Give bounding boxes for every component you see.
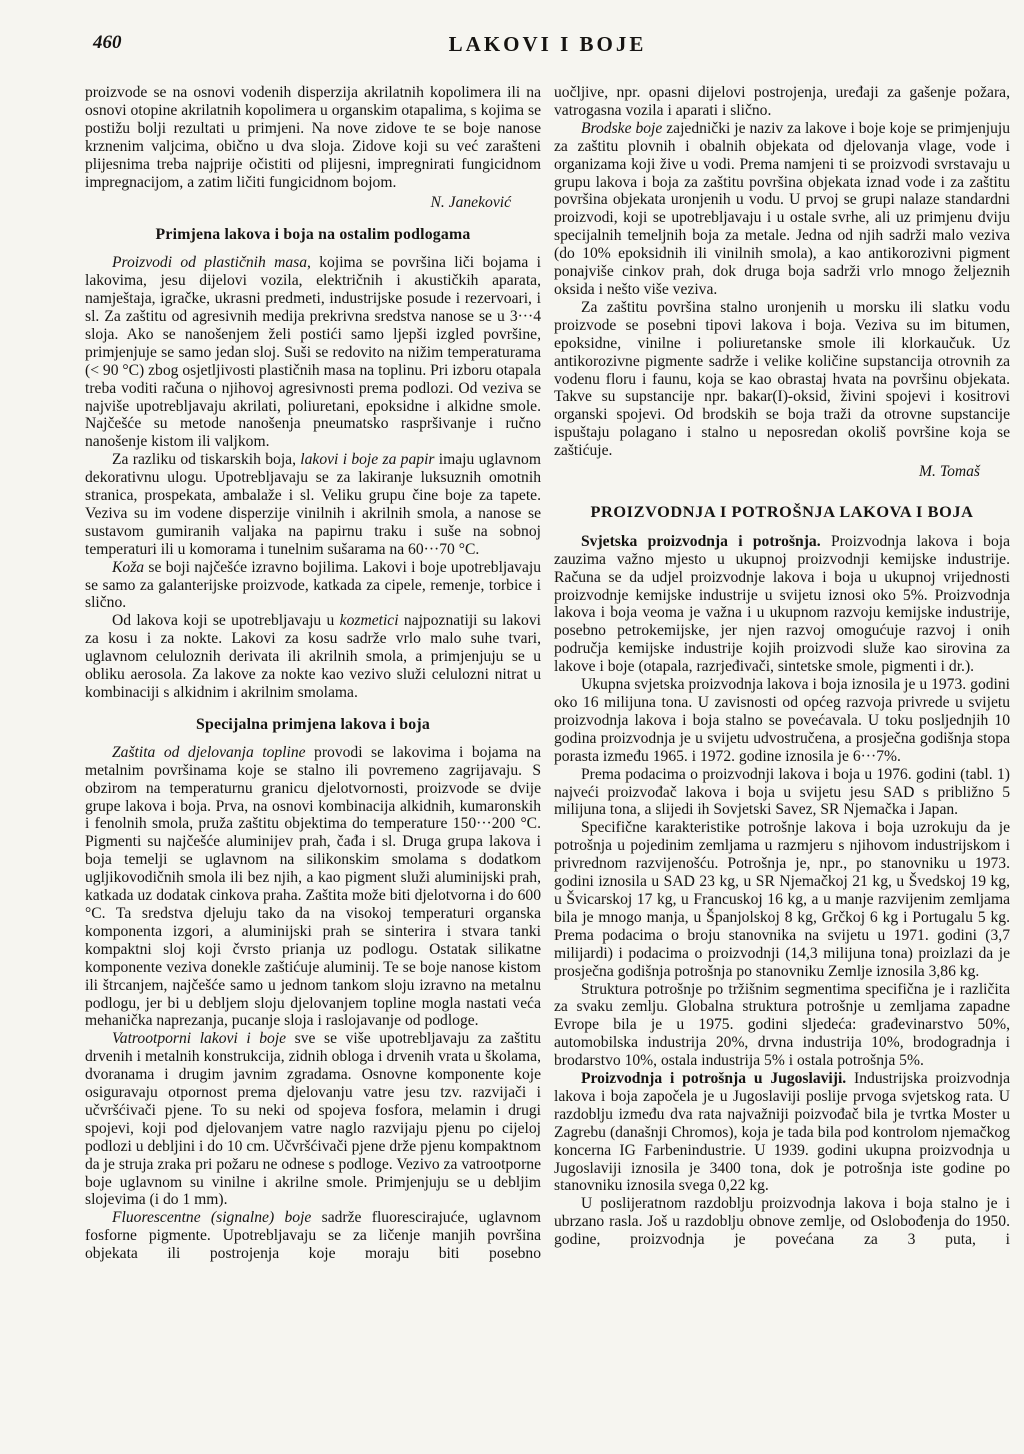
paragraph: Za razliku od tiskarskih boja, lakovi i … (85, 451, 541, 558)
paragraph: Koža se boji najčešće izravno bojilima. … (85, 559, 541, 613)
text-segment: uočljive, npr. opasni dijelovi postrojen… (554, 84, 1010, 119)
section-heading: Primjena lakova i boja na ostalim podlog… (85, 226, 541, 244)
text-segment: Primjena lakova i boja na ostalim podlog… (156, 226, 471, 243)
page-header: 460 LAKOVI I BOJE (85, 32, 1010, 62)
paragraph: Proizvodi od plastičnih masa, kojima se … (85, 254, 541, 451)
two-column-body: proizvode se na osnovi vodenih disperzij… (85, 84, 1010, 1263)
paragraph: proizvode se na osnovi vodenih disperzij… (85, 84, 541, 191)
text-segment: U poslijeratnom razdoblju proizvodnja la… (554, 1195, 1010, 1248)
paragraph: Vatrootporni lakovi i boje sve se više u… (85, 1030, 541, 1209)
text-segment: Specifične karakteristike potrošnje lako… (554, 819, 1010, 979)
text-segment: Proizvodnja i potrošnja u Jugoslaviji. (581, 1070, 846, 1087)
text-segment: lakovi i boje za papir (300, 451, 434, 468)
author-signature: M. Tomaš (554, 463, 1010, 481)
text-segment: Za zaštitu površina stalno uronjenih u m… (554, 299, 1010, 459)
page-title: LAKOVI I BOJE (85, 32, 1010, 57)
paragraph: Brodske boje zajednički je naziv za lako… (554, 120, 1010, 299)
text-segment: Proizvodnja lakova i boja zauzima važno … (554, 533, 1010, 675)
text-segment: M. Tomaš (919, 463, 980, 480)
paragraph: Proizvodnja i potrošnja u Jugoslaviji. I… (554, 1070, 1010, 1195)
text-segment: Specijalna primjena lakova i boja (196, 716, 430, 733)
paragraph: Fluorescentne (signalne) boje sadrže flu… (85, 1209, 541, 1263)
text-segment: proizvode se na osnovi vodenih disperzij… (85, 84, 541, 191)
text-segment: provodi se lakovima i bojama na metalnim… (85, 744, 541, 1030)
left-column: proizvode se na osnovi vodenih disperzij… (85, 84, 541, 1263)
encyclopedia-page: 460 LAKOVI I BOJE proizvode se na osnovi… (0, 0, 1024, 1263)
text-segment: sve se više upotrebljavaju za zaštitu dr… (85, 1030, 541, 1208)
page-number: 460 (93, 32, 122, 54)
text-segment: Struktura potrošnje po tržišnim segmenti… (554, 981, 1010, 1070)
text-segment: N. Janeković (430, 194, 511, 211)
right-column: uočljive, npr. opasni dijelovi postrojen… (554, 84, 1010, 1263)
text-segment: Svjetska proizvodnja i potrošnja. (581, 533, 821, 550)
text-segment: Koža (112, 559, 144, 576)
paragraph: Svjetska proizvodnja i potrošnja. Proizv… (554, 533, 1010, 676)
text-segment: Brodske boje (581, 120, 662, 137)
section-heading: Specijalna primjena lakova i boja (85, 716, 541, 734)
section-heading: PROIZVODNJA I POTROŠNJA LAKOVA I BOJA (554, 503, 1010, 521)
text-segment: PROIZVODNJA I POTROŠNJA LAKOVA I BOJA (591, 502, 974, 521)
paragraph: uočljive, npr. opasni dijelovi postrojen… (554, 84, 1010, 120)
text-segment: zajednički je naziv za lakove i boje koj… (554, 120, 1010, 298)
text-segment: se boji najčešće izravno bojilima. Lakov… (85, 559, 541, 612)
text-segment: , kojima se površina liči bojama i lakov… (85, 254, 541, 450)
text-segment: Fluorescentne (signalne) boje (112, 1209, 311, 1226)
author-signature: N. Janeković (85, 194, 541, 212)
paragraph: Za zaštitu površina stalno uronjenih u m… (554, 299, 1010, 460)
paragraph: Struktura potrošnje po tržišnim segmenti… (554, 981, 1010, 1071)
text-segment: Proizvodi od plastičnih masa (112, 254, 307, 271)
text-segment: Od lakova koji se upotrebljavaju u (112, 612, 340, 629)
text-segment: Prema podacima o proizvodnji lakova i bo… (554, 766, 1010, 819)
paragraph: Od lakova koji se upotrebljavaju u kozme… (85, 612, 541, 702)
text-segment: Zaštita od djelovanja topline (112, 744, 306, 761)
text-segment: kozmetici (340, 612, 399, 629)
text-segment: Za razliku od tiskarskih boja, (112, 451, 300, 468)
paragraph: Zaštita od djelovanja topline provodi se… (85, 744, 541, 1031)
paragraph: Prema podacima o proizvodnji lakova i bo… (554, 766, 1010, 820)
text-segment: Vatrootporni lakovi i boje (112, 1030, 286, 1047)
paragraph: U poslijeratnom razdoblju proizvodnja la… (554, 1195, 1010, 1249)
text-segment: Ukupna svjetska proizvodnja lakova i boj… (554, 676, 1010, 765)
text-segment: Industrijska proizvodnja lakova i boja z… (554, 1070, 1010, 1194)
paragraph: Specifične karakteristike potrošnje lako… (554, 819, 1010, 980)
paragraph: Ukupna svjetska proizvodnja lakova i boj… (554, 676, 1010, 766)
